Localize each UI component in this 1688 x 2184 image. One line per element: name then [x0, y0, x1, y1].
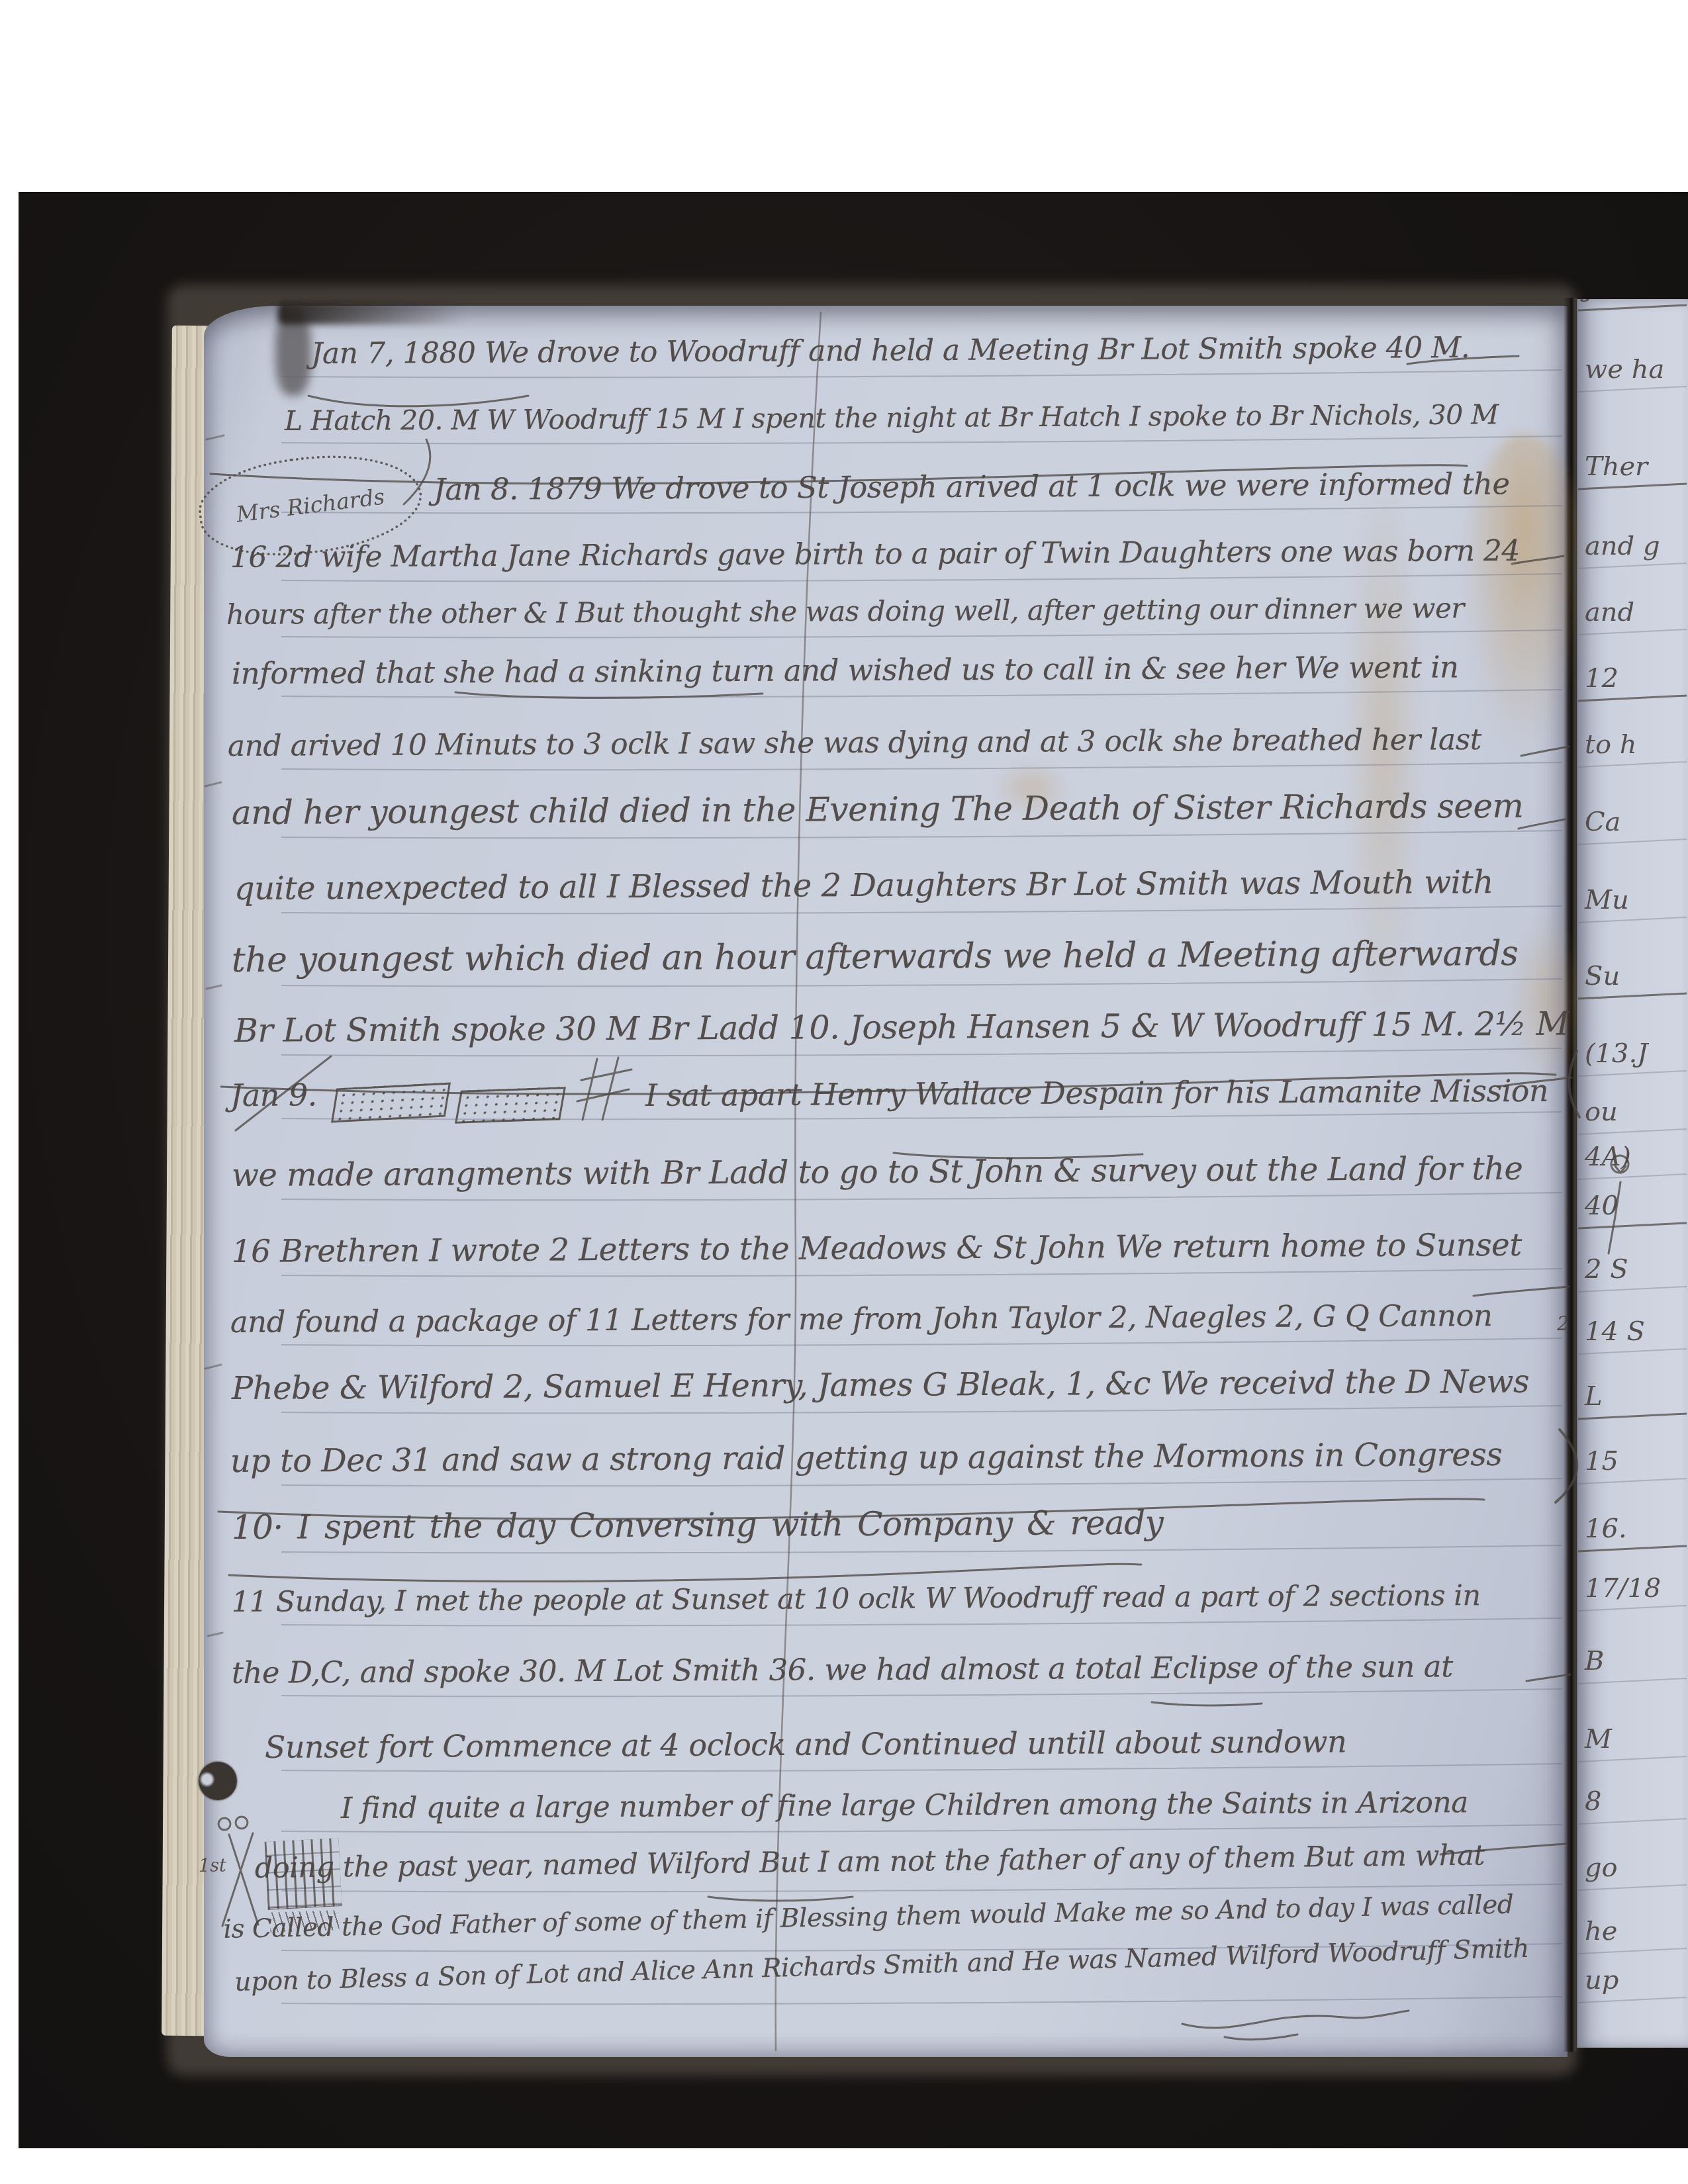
sliver-line-fragment: 17/18	[1585, 1575, 1661, 1602]
journal-line: hours after the other & I But thought sh…	[226, 594, 1464, 629]
journal-line: Jan 9.	[230, 1079, 317, 1111]
sliver-line-fragment: B	[1585, 1648, 1604, 1674]
sliver-line-fragment: ou	[1585, 1099, 1618, 1125]
sliver-line-fragment: 14 S	[1585, 1318, 1645, 1345]
journal-line: 16 2d wife Martha Jane Richards gave bir…	[230, 537, 1520, 572]
tally-flag-doodle-icon	[331, 1083, 451, 1123]
stamp-label: Mrs Richards	[235, 483, 387, 527]
journal-line: 10· I spent the day Conversing with Comp…	[232, 1506, 1164, 1544]
sliver-line-fragment: 8	[1585, 1788, 1601, 1815]
tally-flag-doodle-icon	[455, 1087, 566, 1123]
solar-eclipse-doodle-icon	[199, 1762, 237, 1800]
sliver-line-fragment: L	[1585, 1383, 1603, 1410]
journal-line: I sat apart Henry Wallace Despain for hi…	[645, 1075, 1548, 1111]
journal-line: the D,C, and spoke 30. M Lot Smith 36. w…	[232, 1651, 1453, 1688]
journal-line: Jan 8. 1879 We drove to St Joseph arived…	[434, 469, 1510, 504]
journal-line: L Hatch 20. M W Woodruff 15 M I spent th…	[285, 401, 1499, 435]
sliver-line-fragment: 15	[1585, 1448, 1618, 1475]
sliver-line-fragment: Ther	[1585, 453, 1648, 480]
journal-line: Br Lot Smith spoke 30 M Br Ladd 10. Jose…	[234, 1007, 1569, 1047]
sliver-line-fragment: Jan	[1585, 299, 1628, 301]
paper-stain	[1508, 913, 1587, 1085]
journal-line: Sunset fort Commence at 4 oclock and Con…	[265, 1726, 1347, 1762]
sliver-line-fragment: Mu	[1585, 887, 1629, 913]
journal-right-page-sliver: Janwe haTherand gand12to hCaMuSu(13.Jou4…	[1577, 299, 1688, 2048]
journal-line: Jan 7, 1880 We drove to Woodruff and hel…	[311, 334, 1470, 369]
sliver-line-fragment: up	[1585, 1967, 1618, 1993]
journal-line: I find quite a large number of fine larg…	[341, 1788, 1468, 1823]
journal-line: and arived 10 Minuts to 3 oclk I saw she…	[228, 725, 1481, 761]
journal-line: we made arangments with Br Ladd to go to…	[232, 1153, 1523, 1191]
sliver-line-fragment: go	[1585, 1854, 1618, 1881]
journal-line: and her youngest child died in the Eveni…	[232, 790, 1524, 829]
sliver-line-fragment: 40	[1585, 1193, 1618, 1219]
journal-line: informed that she had a sinking turn and…	[232, 652, 1459, 688]
sliver-line-fragment: and	[1585, 599, 1634, 625]
sliver-line-fragment: M	[1585, 1726, 1612, 1752]
sliver-line-fragment: Ca	[1585, 809, 1620, 835]
cannon-superscript: 2	[1557, 1314, 1569, 1334]
journal-line: 16 Brethren I wrote 2 Letters to the Mea…	[232, 1230, 1522, 1267]
sliver-line-fragment: to h	[1585, 731, 1637, 758]
journal-line: the youngest which died an hour afterwar…	[232, 936, 1519, 978]
margin-superscript-note: 1st	[199, 1857, 226, 1875]
ink-smear	[278, 302, 490, 324]
journal-line: up to Dec 31 and saw a strong raid getti…	[230, 1439, 1503, 1477]
ink-smear-corner	[275, 310, 311, 396]
journal-line: and found a package of 11 Letters for me…	[230, 1300, 1493, 1337]
journal-line: 11 Sunday, I met the people at Sunset at…	[232, 1582, 1481, 1617]
journal-line: quite unexpected to all I Blessed the 2 …	[234, 866, 1493, 905]
journal-line: Phebe & Wilford 2, Samuel E Henry, James…	[232, 1366, 1530, 1404]
sliver-line-fragment: 16.	[1585, 1516, 1627, 1542]
sliver-line-fragment: (13.J	[1585, 1040, 1648, 1067]
sliver-line-fragment: we ha	[1585, 356, 1664, 383]
sliver-line-fragment: he	[1585, 1918, 1617, 1944]
sliver-line-fragment: and g	[1585, 533, 1660, 559]
sliver-line-fragment: Su	[1585, 963, 1620, 989]
sliver-line-fragment: 2 S	[1585, 1256, 1628, 1283]
scanned-journal-photo: { "palette": { "backdrop": "#171413", "p…	[0, 0, 1688, 2184]
sliver-line-fragment: 12	[1585, 665, 1618, 692]
sliver-line-fragment: 4A)	[1585, 1144, 1631, 1170]
